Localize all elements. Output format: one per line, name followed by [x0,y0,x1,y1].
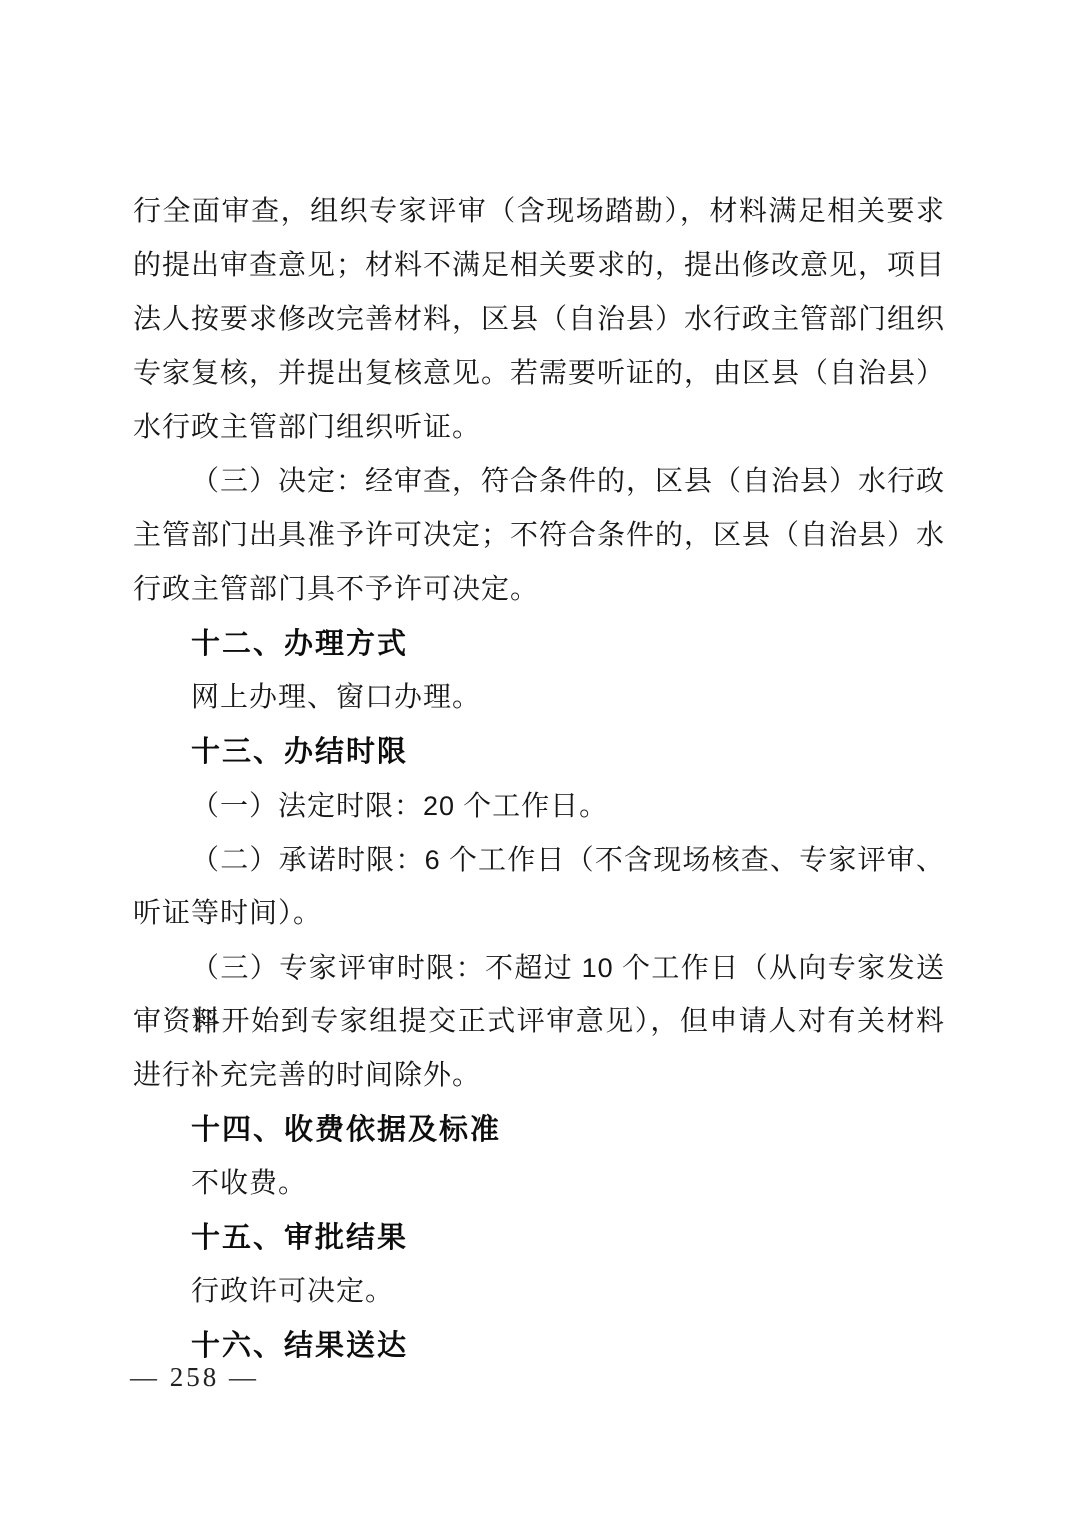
text-line: （三）专家评审时限：不超过 10 个工作日（从向专家发送评 [133,941,945,995]
text-line: 的提出审查意见；材料不满足相关要求的，提出修改意见，项目 [133,239,945,293]
section-heading: 十三、办结时限 [133,725,945,779]
text-line: 水行政主管部门组织听证。 [133,401,945,455]
text-line: 审资料开始到专家组提交正式评审意见），但申请人对有关材料 [133,995,945,1049]
document-lines: 行全面审查，组织专家评审（含现场踏勘），材料满足相关要求的提出审查意见；材料不满… [133,185,945,1373]
section-heading: 十二、办理方式 [133,617,945,671]
text-line: （一）法定时限：20 个工作日。 [133,779,945,833]
text-line: 行政主管部门具不予许可决定。 [133,563,945,617]
text-line: 行政许可决定。 [133,1265,945,1319]
section-heading: 十四、收费依据及标准 [133,1103,945,1157]
document-page: 行全面审查，组织专家评审（含现场踏勘），材料满足相关要求的提出审查意见；材料不满… [0,0,1075,1519]
text-line: 主管部门出具准予许可决定；不符合条件的，区县（自治县）水 [133,509,945,563]
text-line: 行全面审查，组织专家评审（含现场踏勘），材料满足相关要求 [133,185,945,239]
text-line: （三）决定：经审查，符合条件的，区县（自治县）水行政 [133,455,945,509]
text-line: 法人按要求修改完善材料，区县（自治县）水行政主管部门组织 [133,293,945,347]
text-line: （二）承诺时限：6 个工作日（不含现场核查、专家评审、 [133,833,945,887]
text-line: 专家复核，并提出复核意见。若需要听证的，由区县（自治县） [133,347,945,401]
text-line: 不收费。 [133,1157,945,1211]
text-line: 网上办理、窗口办理。 [133,671,945,725]
text-line: 听证等时间）。 [133,887,945,941]
page-number: — 258 — [130,1362,259,1393]
section-heading: 十五、审批结果 [133,1211,945,1265]
text-line: 进行补充完善的时间除外。 [133,1049,945,1103]
